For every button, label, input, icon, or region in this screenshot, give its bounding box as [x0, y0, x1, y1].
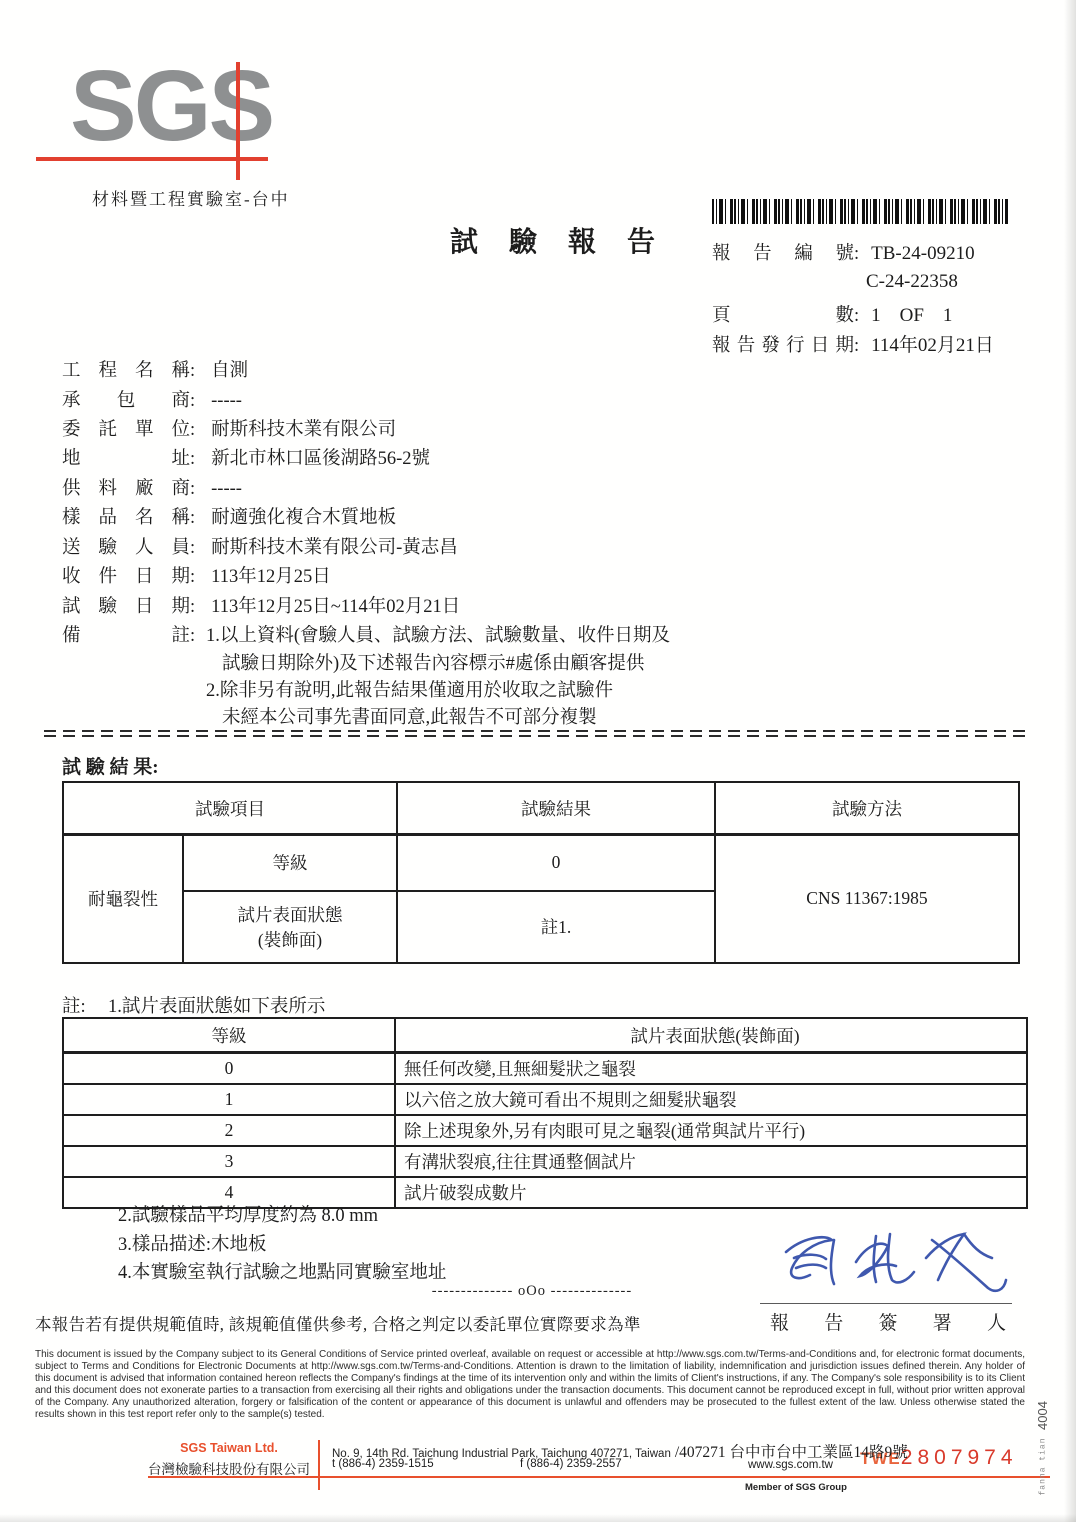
field-value: 自測	[211, 356, 248, 382]
remark-line-4: 未經本公司事先書面同意,此報告不可部分複製	[222, 703, 597, 729]
test-subitem: 試片表面狀態(裝飾面)	[183, 891, 397, 963]
field-label: 委託單位	[62, 415, 190, 441]
issue-date-row: 報告發行日期:114年02月21日	[712, 330, 994, 357]
colon: :	[854, 306, 859, 327]
field-label: 收件日期	[62, 562, 190, 588]
info-row: 試驗日期:113年12月25日~114年02月21日	[62, 592, 460, 618]
test-report-page: SGS 材料暨工程實驗室-台中 試 驗 報 告 報告編號:TB-24-09210…	[0, 0, 1076, 1522]
lab-name: 材料暨工程實驗室-台中	[92, 185, 290, 210]
colon: :	[190, 361, 195, 382]
info-row: 樣品名稱:耐適強化複合木質地板	[62, 503, 396, 529]
issue-date-value: 114年02月21日	[871, 330, 994, 357]
colon: :	[190, 449, 195, 470]
field-value: 113年12月25日	[211, 562, 331, 588]
test-result: 註1.	[397, 891, 715, 963]
info-row: 收件日期:113年12月25日	[62, 562, 331, 588]
grade-value: 2	[63, 1115, 395, 1146]
test-subitem: 等級	[183, 835, 397, 891]
stamp-digits: 2807974	[901, 1446, 1018, 1469]
signer-label: 報告簽署人	[770, 1308, 1006, 1335]
footer-vertical-divider	[318, 1440, 320, 1490]
field-value: 耐斯科技木業有限公司-黃志昌	[211, 533, 458, 559]
field-label: 試驗日期	[62, 592, 190, 618]
notes-label: 註:	[62, 992, 86, 1018]
colon: :	[854, 244, 859, 265]
colon: :	[854, 336, 859, 357]
side-text-vertical: fanna tian	[1039, 1437, 1048, 1495]
colon: :	[190, 391, 195, 412]
colon: :	[190, 597, 195, 618]
footer-orange-line	[148, 1476, 1050, 1478]
results-col-method: 試驗方法	[715, 782, 1019, 835]
colon: :	[190, 567, 195, 588]
field-label: 地址	[62, 444, 190, 470]
barcode	[712, 199, 1008, 224]
pages-label: 頁數	[712, 301, 854, 327]
grade-desc: 無任何改變,且無細髮狀之龜裂	[395, 1053, 1027, 1085]
grade-desc: 有溝狀裂痕,往往貫通整個試片	[395, 1146, 1027, 1177]
pages-row: 頁數:1 OF 1	[712, 301, 952, 327]
results-heading: 試 驗 結 果:	[62, 752, 159, 779]
colon: :	[190, 420, 195, 441]
info-row: 工程名稱:自測	[62, 356, 248, 382]
footer-member: Member of SGS Group	[745, 1482, 847, 1493]
note-2: 2.試驗樣品平均厚度約為 8.0 mm	[118, 1201, 378, 1227]
grade-row: 2除上述現象外,另有肉眼可見之龜裂(通常與試片平行)	[63, 1115, 1027, 1146]
report-number-2: C-24-22358	[866, 271, 958, 293]
note-3: 3.樣品描述:木地板	[118, 1230, 267, 1256]
footer-company: SGS Taiwan Ltd. 台灣檢驗科技股份有限公司	[148, 1441, 310, 1478]
results-col-item: 試驗項目	[63, 782, 397, 835]
results-table: 試驗項目 試驗結果 試驗方法 耐龜裂性 等級 0 CNS 11367:1985 …	[62, 781, 1020, 964]
ooo-separator: -------------- oOo --------------	[392, 1283, 672, 1300]
field-label: 工程名稱	[62, 356, 190, 382]
chinese-disclaimer: 本報告若有提供規範值時, 該規範值僅供參考, 合格之判定以委託單位實際要求為準	[35, 1311, 641, 1335]
remark-line-1: 1.以上資料(會驗人員、試驗方法、試驗數量、收件日期及	[206, 621, 670, 647]
company-name-zh: 台灣檢驗科技股份有限公司	[148, 1458, 310, 1478]
signature-image	[768, 1218, 1012, 1306]
test-result: 0	[397, 835, 715, 891]
double-dash-separator	[44, 730, 1032, 738]
company-name-en: SGS Taiwan Ltd.	[148, 1441, 310, 1455]
logo-red-horizontal-line	[36, 157, 268, 161]
report-number-value: TB-24-09210	[871, 243, 974, 265]
subitem-line-1: 試片表面狀態	[184, 902, 396, 927]
info-row: 送驗人員:耐斯科技木業有限公司-黃志昌	[62, 533, 458, 559]
grade-table: 等級 試片表面狀態(裝飾面) 0無任何改變,且無細髮狀之龜裂 1以六倍之放大鏡可…	[62, 1017, 1028, 1209]
grade-row: 0無任何改變,且無細髮狀之龜裂	[63, 1053, 1027, 1085]
grade-value: 0	[63, 1053, 395, 1085]
results-col-result: 試驗結果	[397, 782, 715, 835]
field-value: 耐斯科技木業有限公司	[211, 415, 396, 441]
test-method: CNS 11367:1985	[715, 835, 1019, 963]
results-header-row: 試驗項目 試驗結果 試驗方法	[63, 782, 1019, 835]
field-value: -----	[211, 479, 242, 500]
desc-col-header: 試片表面狀態(裝飾面)	[395, 1018, 1027, 1053]
grade-row: 1以六倍之放大鏡可看出不規則之細髮狀龜裂	[63, 1084, 1027, 1115]
report-number-label: 報告編號	[712, 239, 854, 265]
footer-fax: f (886-4) 2359-2557	[520, 1458, 622, 1470]
colon: :	[190, 508, 195, 529]
report-number-row: 報告編號:TB-24-09210	[712, 239, 975, 265]
note-1: 1.試片表面狀態如下表所示	[108, 992, 325, 1018]
field-label: 送驗人員	[62, 533, 190, 559]
test-item-group: 耐龜裂性	[63, 835, 183, 963]
footer-tel: t (886-4) 2359-1515	[332, 1458, 434, 1470]
info-row: 承包商:-----	[62, 386, 242, 412]
scan-bottom-shade	[0, 1514, 1076, 1522]
footer-website: www.sgs.com.tw	[748, 1459, 833, 1471]
info-row: 委託單位:耐斯科技木業有限公司	[62, 415, 396, 441]
grade-desc: 除上述現象外,另有肉眼可見之龜裂(通常與試片平行)	[395, 1115, 1027, 1146]
info-row: 地址:新北市林口區後湖路56-2號	[62, 444, 430, 470]
side-number-vertical: 4004	[1035, 1401, 1050, 1430]
grade-col-header: 等級	[63, 1018, 395, 1053]
field-value: 113年12月25日~114年02月21日	[211, 592, 460, 618]
results-row: 耐龜裂性 等級 0 CNS 11367:1985	[63, 835, 1019, 891]
page-title: 試 驗 報 告	[450, 220, 667, 260]
colon: :	[190, 626, 195, 647]
grade-desc: 試片破裂成數片	[395, 1177, 1027, 1208]
field-label: 承包商	[62, 386, 190, 412]
info-row: 供料廠商:-----	[62, 474, 242, 500]
field-value: 新北市林口區後湖路56-2號	[211, 444, 430, 470]
note-4: 4.本實驗室執行試驗之地點同實驗室地址	[118, 1258, 446, 1284]
grade-value: 1	[63, 1084, 395, 1115]
sgs-logo: SGS	[70, 56, 272, 156]
logo-red-vertical-line	[236, 62, 240, 180]
field-label: 樣品名稱	[62, 503, 190, 529]
colon: :	[190, 479, 195, 500]
remark-line-2: 試驗日期除外)及下述報告內容標示#處係由顧客提供	[222, 649, 644, 675]
issue-date-label: 報告發行日期	[712, 331, 854, 357]
remark-row: 備註:	[62, 621, 195, 647]
grade-desc: 以六倍之放大鏡可看出不規則之細髮狀龜裂	[395, 1084, 1027, 1115]
scan-edge-shade	[1064, 0, 1076, 1522]
pages-value: 1 OF 1	[871, 305, 952, 327]
colon: :	[190, 538, 195, 559]
remark-line-3: 2.除非另有說明,此報告結果僅適用於收取之試驗件	[206, 676, 613, 702]
field-value: 耐適強化複合木質地板	[211, 503, 396, 529]
subitem-line-2: (裝飾面)	[184, 927, 396, 952]
grade-row: 3有溝狀裂痕,往往貫通整個試片	[63, 1146, 1027, 1177]
field-label: 備註	[62, 621, 190, 647]
field-value: -----	[211, 391, 242, 412]
grade-value: 3	[63, 1146, 395, 1177]
legal-disclaimer: This document is issued by the Company s…	[35, 1349, 1025, 1420]
field-label: 供料廠商	[62, 474, 190, 500]
grade-header-row: 等級 試片表面狀態(裝飾面)	[63, 1018, 1027, 1053]
signature-line	[760, 1303, 1012, 1304]
